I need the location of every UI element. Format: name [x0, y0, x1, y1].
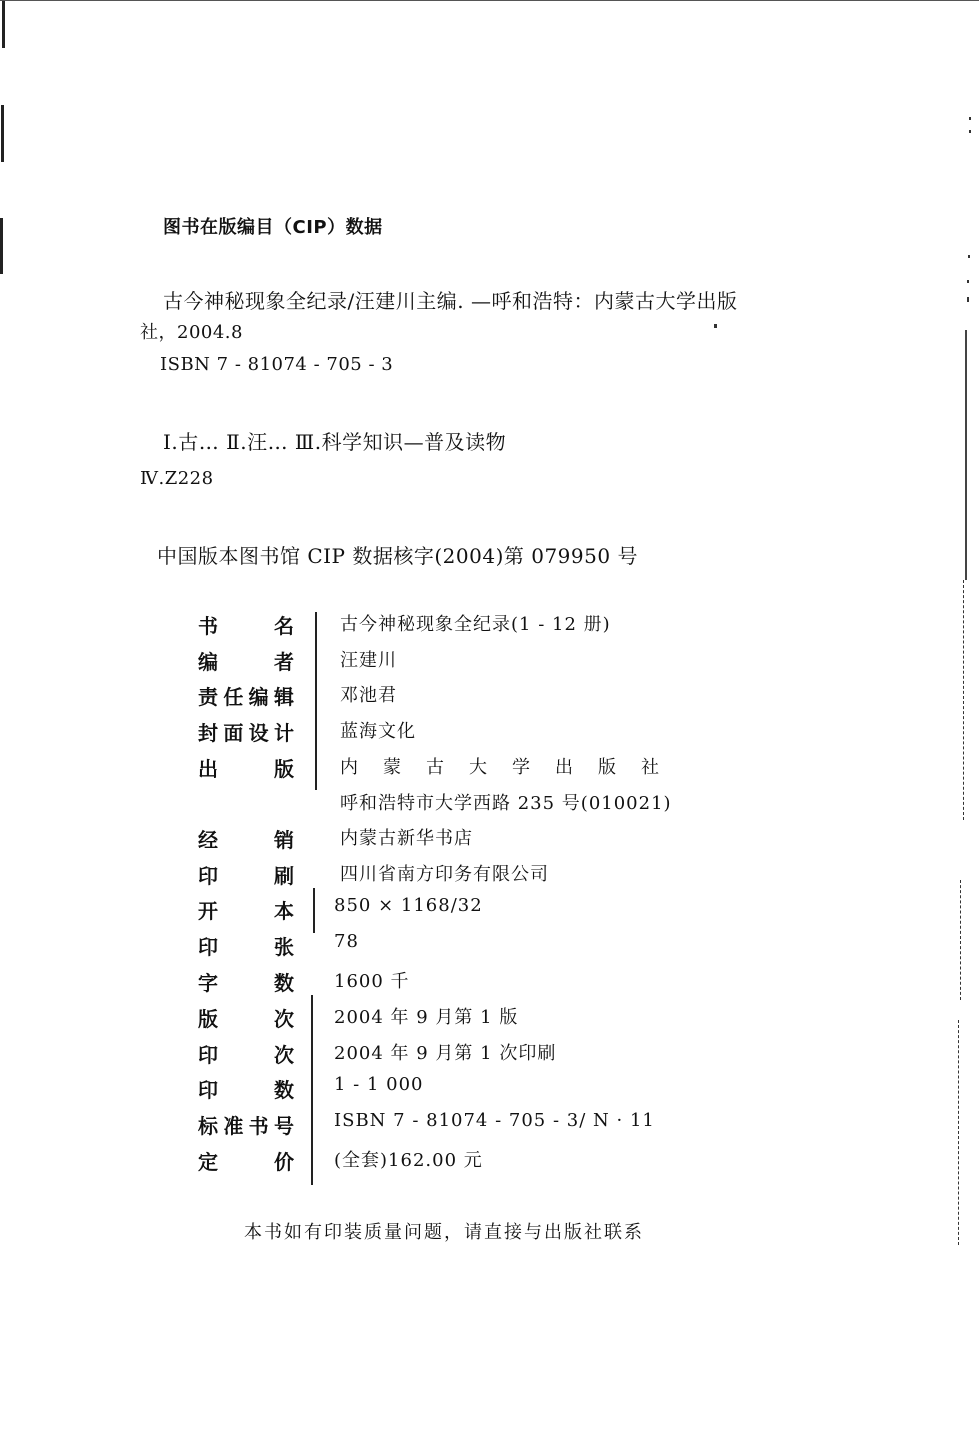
scan-speck — [967, 280, 969, 283]
colophon-label-char: 面 — [223, 717, 243, 746]
colophon-label-char: 印 — [198, 860, 218, 889]
colophon-label-char: 版 — [198, 1003, 218, 1032]
colophon-label-char: 者 — [274, 646, 294, 675]
footer-note: 本书如有印装质量问题，请直接与出版社联系 — [244, 1218, 644, 1244]
colophon-label-char: 计 — [274, 717, 294, 746]
colophon-label-char: 张 — [274, 931, 294, 960]
cip-heading: 图书在版编目（CIP）数据 — [163, 213, 383, 239]
colophon-label-char: 责 — [198, 681, 218, 710]
colophon-row: 字数1600 千 — [198, 967, 758, 999]
scan-speck — [714, 324, 717, 328]
scan-speck — [969, 130, 971, 133]
colophon-label-char: 编 — [249, 681, 269, 710]
colophon-row: 定价(全套)162.00 元 — [198, 1146, 758, 1178]
colophon-value: 内蒙古大学出版社 — [340, 753, 684, 779]
scan-edge-noise — [960, 880, 961, 1000]
cip-isbn: ISBN 7 - 81074 - 705 - 3 — [160, 354, 393, 375]
cip-number: 中国版本图书馆 CIP 数据核字(2004)第 079950 号 — [157, 540, 638, 569]
colophon-value: 汪建川 — [340, 646, 397, 672]
colophon-label-char: 开 — [198, 895, 218, 924]
colophon-label-char: 字 — [198, 967, 218, 996]
scan-edge-bar — [2, 0, 5, 48]
colophon-label-char: 数 — [274, 967, 294, 996]
colophon-label-char: 次 — [274, 1039, 294, 1068]
colophon-value: 内蒙古新华书店 — [340, 824, 473, 850]
scan-edge-line — [965, 330, 967, 580]
colophon-row: 编者汪建川 — [198, 646, 758, 678]
colophon-value: 邓池君 — [340, 681, 397, 707]
colophon-row: 开本850 × 1168/32 — [198, 895, 758, 927]
colophon-label-char: 准 — [223, 1110, 243, 1139]
colophon-row: 版次2004 年 9 月第 1 版 — [198, 1003, 758, 1035]
colophon-label: 字数 — [198, 967, 294, 996]
colophon-label: 书名 — [198, 610, 294, 639]
colophon-label: 开本 — [198, 895, 294, 924]
colophon-row: 书名古今神秘现象全纪录(1 - 12 册) — [198, 610, 758, 642]
colophon-row: 印张78 — [198, 931, 758, 963]
colophon-value: 古今神秘现象全纪录(1 - 12 册) — [340, 610, 611, 636]
colophon-label: 定价 — [198, 1146, 294, 1175]
colophon-value: 四川省南方印务有限公司 — [340, 860, 549, 886]
colophon-label-char: 辑 — [274, 681, 294, 710]
cip-title-line: 古今神秘现象全纪录/汪建川主编. —呼和浩特：内蒙古大学出版 — [163, 285, 737, 314]
colophon-row: 出版内蒙古大学出版社 — [198, 753, 758, 785]
colophon-label-char: 数 — [274, 1074, 294, 1103]
colophon-label-char: 出 — [198, 753, 218, 782]
scan-edge-bar — [0, 218, 3, 274]
scan-speck — [968, 255, 970, 258]
colophon-label-char: 任 — [223, 681, 243, 710]
colophon-label-char: 印 — [198, 931, 218, 960]
scan-edge-bar — [1, 105, 4, 162]
colophon-label-char: 印 — [198, 1039, 218, 1068]
colophon-label: 印刷 — [198, 860, 294, 889]
colophon-label-char: 经 — [198, 824, 218, 853]
colophon-row: 印刷四川省南方印务有限公司 — [198, 860, 758, 892]
colophon-row: 印数1 - 1 000 — [198, 1074, 758, 1106]
colophon-label-char: 封 — [198, 717, 218, 746]
colophon-label-char: 定 — [198, 1146, 218, 1175]
colophon-label: 出版 — [198, 753, 294, 782]
scan-top-edge — [0, 0, 979, 1]
colophon-label-char: 刷 — [274, 860, 294, 889]
colophon-row: 标准书号ISBN 7 - 81074 - 705 - 3/ N · 11 — [198, 1110, 758, 1142]
colophon-row: 印次2004 年 9 月第 1 次印刷 — [198, 1039, 758, 1071]
colophon-label-char: 印 — [198, 1074, 218, 1103]
colophon-label: 印数 — [198, 1074, 294, 1103]
colophon-value: 2004 年 9 月第 1 次印刷 — [334, 1039, 556, 1065]
colophon-value: ISBN 7 - 81074 - 705 - 3/ N · 11 — [334, 1110, 655, 1131]
colophon-label-char: 标 — [198, 1110, 218, 1139]
colophon-label: 版次 — [198, 1003, 294, 1032]
colophon-label-char: 书 — [198, 610, 218, 639]
colophon-label-char: 编 — [198, 646, 218, 675]
colophon-label-char: 本 — [274, 895, 294, 924]
colophon-value: 850 × 1168/32 — [334, 895, 483, 916]
colophon-row: 责任编辑邓池君 — [198, 681, 758, 713]
colophon-label-char: 号 — [274, 1110, 294, 1139]
colophon-label: 印次 — [198, 1039, 294, 1068]
colophon-label: 标准书号 — [198, 1110, 294, 1139]
colophon-value: 78 — [334, 931, 359, 952]
colophon-row: 呼和浩特市大学西路 235 号(010021) — [198, 789, 758, 821]
colophon-value: 2004 年 9 月第 1 版 — [334, 1003, 518, 1029]
scan-edge-noise — [958, 1020, 959, 1245]
colophon-label: 经销 — [198, 824, 294, 853]
colophon-value: 呼和浩特市大学西路 235 号(010021) — [340, 789, 672, 815]
scan-speck — [969, 117, 971, 120]
colophon-label: 编者 — [198, 646, 294, 675]
colophon-label-char: 书 — [249, 1110, 269, 1139]
colophon-row: 经销内蒙古新华书店 — [198, 824, 758, 856]
colophon-label-char: 设 — [249, 717, 269, 746]
colophon-value: 1600 千 — [334, 967, 410, 993]
colophon-label-char: 次 — [274, 1003, 294, 1032]
colophon-label: 责任编辑 — [198, 681, 294, 710]
colophon-label: 封面设计 — [198, 717, 294, 746]
colophon-label-char: 名 — [274, 610, 294, 639]
colophon-row: 封面设计蓝海文化 — [198, 717, 758, 749]
colophon-label-char: 销 — [274, 824, 294, 853]
colophon-value: 1 - 1 000 — [334, 1074, 424, 1095]
cip-subjects: Ⅰ.古… Ⅱ.汪… Ⅲ.科学知识—普及读物 — [163, 426, 506, 455]
colophon-value: 蓝海文化 — [340, 717, 416, 743]
colophon-label-char: 价 — [274, 1146, 294, 1175]
scan-edge-noise — [963, 580, 964, 820]
colophon-value: (全套)162.00 元 — [334, 1146, 483, 1172]
cip-publisher-line: 社，2004.8 — [140, 318, 243, 344]
colophon-label-char: 版 — [274, 753, 294, 782]
cip-classification: Ⅳ.Z228 — [140, 468, 214, 489]
scan-speck — [967, 297, 969, 302]
colophon-label: 印张 — [198, 931, 294, 960]
